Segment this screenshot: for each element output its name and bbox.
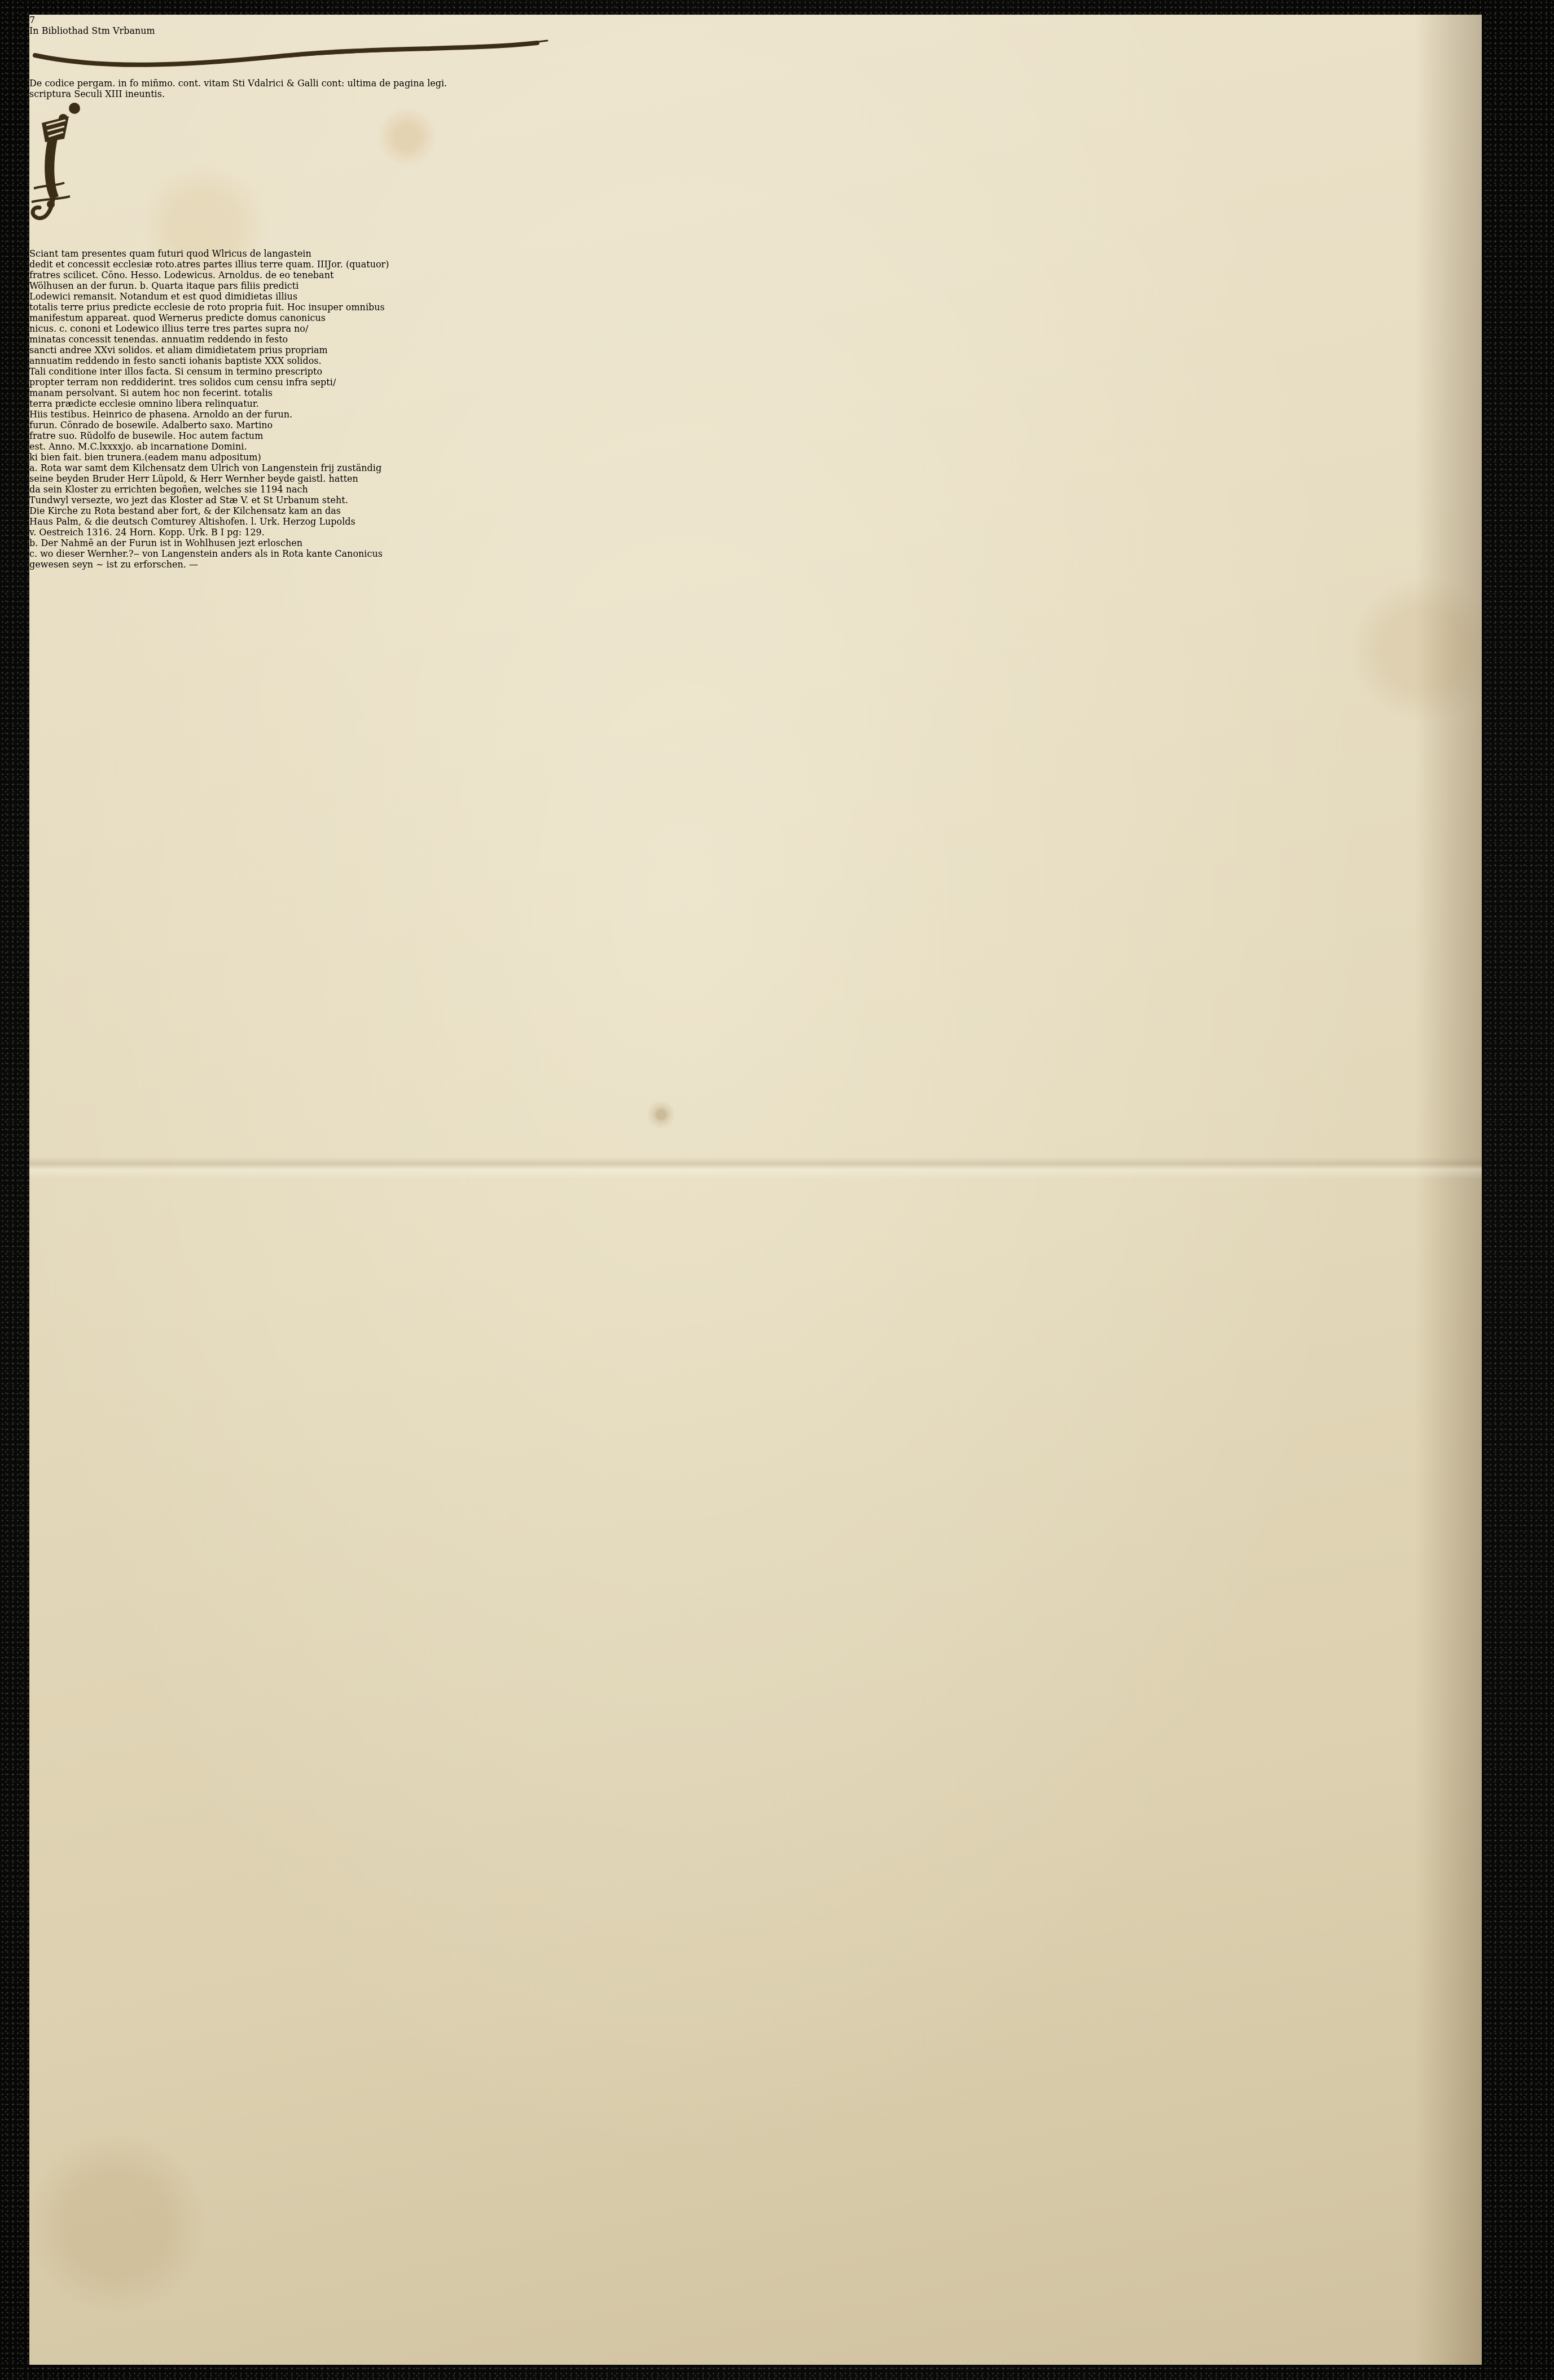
page-title: In Bibliothad Stm Vrbanum: [29, 25, 1482, 36]
text-segment: .: [289, 409, 292, 420]
manuscript-line: Hiis testibus. Heinrico de phasena. Arno…: [29, 409, 1482, 420]
text-segment: tæ: [226, 495, 238, 505]
text-segment: Hoc insuper omnibus: [287, 302, 385, 313]
manuscript-line: dedit et concessit ecclesiæ roto.atres p…: [29, 259, 1482, 270]
text-segment: v. Oestreich: [29, 527, 86, 538]
manuscript-line: da sein Kloster zu errichten begoñen, we…: [29, 484, 1482, 495]
manuscript-line: a. Rota war samt dem Kilchensatz dem Ulr…: [29, 463, 1482, 473]
pencil-page-number: 7: [29, 15, 1482, 25]
manuscript-line: De codice pergam. in fo miñmo. cont. vit…: [29, 78, 1482, 89]
text-segment: fratre suo. Rŭdolfo de busewile. Hoc aut…: [29, 430, 263, 441]
text-segment: Wölhusen an der furun.: [29, 280, 140, 291]
text-segment: Die Kirche zu Rota bestand aber fort, & …: [29, 505, 341, 516]
underline-flourish-icon: [29, 36, 560, 76]
manuscript-line: gewesen seyn ~ ist zu erforschen. —: [29, 559, 1482, 570]
manuscript-line: Die Kirche zu Rota bestand aber fort, & …: [29, 505, 1482, 516]
text-segment: XXX: [265, 355, 284, 366]
text-segment: XXvi: [94, 345, 115, 355]
manuscript-line: ki bien fait. bien trunera.(eadem manu a…: [29, 452, 1482, 463]
manuscript-line: Wölhusen an der furun. b. Quarta itaque …: [29, 280, 1482, 291]
text-segment: b.: [140, 280, 148, 291]
manuscript-line: propter terram non reddiderint. tres sol…: [29, 377, 1482, 388]
text-segment: a.: [29, 463, 38, 473]
text-segment: Haus Palm, & die deutsch Comturey Altish…: [29, 516, 355, 527]
footnotes: a. Rota war samt dem Kilchensatz dem Ulr…: [29, 463, 1482, 570]
text-segment: (eadem manu adpositum): [144, 452, 261, 463]
text-segment: manam persolvant. Si autem hoc non fecer…: [29, 388, 273, 398]
text-segment: nicus.: [29, 323, 59, 334]
manuscript-line: manam persolvant. Si autem hoc non fecer…: [29, 388, 1482, 398]
manuscript-line: Tali conditione inter illos facta. Si ce…: [29, 366, 1482, 377]
text-segment: a: [177, 259, 183, 270]
manuscript-line: b. Der Nahmē an der Furun ist in Wohlhus…: [29, 538, 1482, 548]
text-segment: fratres scilicet. Cōno. Hesso. Lodewicus…: [29, 270, 333, 280]
text-segment: furun. Cōnrado de bosewile. Adalberto sa…: [29, 420, 273, 430]
manuscript-page: 7 In Bibliothad Stm Vrbanum De codice pe…: [29, 15, 1482, 2365]
text-segment: terra prædicte ecclesie omnino libera re…: [29, 398, 259, 409]
text-segment: miñmo. cont. vitam S: [138, 78, 238, 89]
text-segment: . 24 Horn. Kopp. Urk. B I pg: 129.: [109, 527, 265, 538]
manuscript-line: minatas concessit tenendas. annuatim red…: [29, 334, 1482, 345]
text-segment: c.: [29, 548, 37, 559]
text-segment: ki bien fait. bien trunera.: [29, 452, 144, 463]
text-segment: annuatim: [161, 334, 205, 345]
manuscript-line: Tundwyl versezte, wo jezt das Kloster ad…: [29, 495, 1482, 505]
text-segment: tres partes illius terre quam. IIIJ: [182, 259, 331, 270]
text-segment: scriptura Seculi XIII ineuntis.: [29, 89, 165, 99]
text-segment: o: [125, 441, 130, 452]
text-segment: Hiis testibus. Heinrico de phasena. Arno…: [29, 409, 265, 420]
text-segment: .: [340, 259, 346, 270]
manuscript-line: Lodewici remansit. Notandum et est quod …: [29, 291, 1482, 302]
text-segment: Lodewici remansit. Notandum et est quod …: [29, 291, 297, 302]
manuscript-line: est. Anno. M.C.lxxxxjo. ab incarnatione …: [29, 441, 1482, 452]
text-segment: Tundwyl versezte, wo jezt das Kloster ad…: [29, 495, 226, 505]
text-segment: . ab incarnatione Domini.: [131, 441, 247, 452]
text-segment: c.: [59, 323, 67, 334]
main-text: Sciant tam presentes quam futuri quod Wl…: [29, 248, 1482, 463]
manuscript-line: scriptura Seculi XIII ineuntis.: [29, 89, 1482, 99]
manuscript-line: totalis terre prius predicte ecclesie de…: [29, 302, 1482, 313]
text-segment: est. Anno. M.C.lxxxxj: [29, 441, 125, 452]
text-segment: annuatim reddendo in festo sancti iohani…: [29, 355, 265, 366]
text-segment: solidos cum censu infra septi∕: [197, 377, 336, 388]
text-segment: ti: [239, 78, 245, 89]
text-segment: reddendo in festo: [205, 334, 288, 345]
text-segment: solidos. et aliam dimidietatem prius pro…: [115, 345, 327, 355]
manuscript-line: fratre suo. Rŭdolfo de busewile. Hoc aut…: [29, 430, 1482, 441]
text-segment: minatas concessit tenendas.: [29, 334, 161, 345]
text-segment: wo dieser Wernher.?‒ von Langenstein and…: [37, 548, 383, 559]
text-segment: tm: [98, 25, 110, 36]
text-segment: cononi et Lodewico illius terre tres par…: [67, 323, 308, 334]
text-segment: De codice pergam. in f: [29, 78, 133, 89]
text-segment: solidos.: [284, 355, 321, 366]
text-segment: manifestum appareat. quod Wernerus predi…: [29, 313, 301, 323]
manuscript-line: sancti andree XXvi solidos. et aliam dim…: [29, 345, 1482, 355]
text-segment: dedit et concessit ecclesiæ roto.: [29, 259, 177, 270]
text-segment: Vdalrici & Galli cont: ultima de pagina …: [245, 78, 447, 89]
header-note: De codice pergam. in fo miñmo. cont. vit…: [29, 78, 1482, 99]
text-segment: Quarta itaque pars filiis predicti: [148, 280, 298, 291]
calligraphic-initial-ornament: [29, 99, 97, 246]
text-segment: tam presentes quam futuri quod Wlricus d…: [58, 248, 311, 259]
text-segment: Der Nahmē an der Furun ist in Wohlhusen …: [38, 538, 302, 548]
manuscript-line: furun. Cōnrado de bosewile. Adalberto sa…: [29, 420, 1482, 430]
manuscript-line: seine beyden Bruder Herr Lüpold, & Herr …: [29, 473, 1482, 484]
manuscript-line: c. wo dieser Wernher.?‒ von Langenstein …: [29, 548, 1482, 559]
text-segment: b.: [29, 538, 38, 548]
text-segment: Vrbanum: [110, 25, 155, 36]
text-segment: o: [133, 78, 139, 89]
manuscript-line: nicus. c. cononi et Lodewico illius terr…: [29, 323, 1482, 334]
manuscript-line: Haus Palm, & die deutsch Comturey Altish…: [29, 516, 1482, 527]
text-segment: S: [89, 25, 98, 36]
text-segment: nicus: [301, 313, 326, 323]
text-segment: (quatuor): [346, 259, 389, 270]
manuscript-line: terra prædicte ecclesie omnino libera re…: [29, 398, 1482, 409]
manuscript-line: Sciant tam presentes quam futuri quod Wl…: [29, 248, 1482, 259]
text-segment: tres: [179, 377, 197, 388]
text-segment: da sein Kloster zu errichten begoñen, we…: [29, 484, 308, 495]
manuscript-line: v. Oestreich 1316. 24 Horn. Kopp. Urk. B…: [29, 527, 1482, 538]
text-segment: furun: [265, 409, 289, 420]
text-segment: 1316: [86, 527, 109, 538]
text-segment: totalis terre prius predicte ecclesie de…: [29, 302, 287, 313]
text-segment: In Biblioth: [29, 25, 77, 36]
manuscript-line: annuatim reddendo in festo sancti iohani…: [29, 355, 1482, 366]
page-content: In Bibliothad Stm Vrbanum De codice perg…: [29, 25, 1482, 570]
text-segment: sancti andree: [29, 345, 94, 355]
text-segment: seine beyden Bruder Herr Lüpold, & Herr …: [29, 473, 358, 484]
text-segment: propter terram non reddiderint.: [29, 377, 179, 388]
text-segment: Tali conditione inter illos facta. Si ce…: [29, 366, 322, 377]
text-segment: steht.: [319, 495, 348, 505]
text-segment: Rota war samt dem Kilchensatz dem Ulrich…: [38, 463, 382, 473]
manuscript-line: fratres scilicet. Cōno. Hesso. Lodewicus…: [29, 270, 1482, 280]
manuscript-line: manifestum appareat. quod Wernerus predi…: [29, 313, 1482, 323]
text-segment: Sciant: [29, 248, 58, 259]
text-segment: or: [331, 259, 340, 270]
text-segment: gewesen seyn ~ ist zu erforschen. —: [29, 559, 198, 570]
text-segment: ad: [77, 25, 89, 36]
text-segment: V. et St Urbanum: [241, 495, 319, 505]
